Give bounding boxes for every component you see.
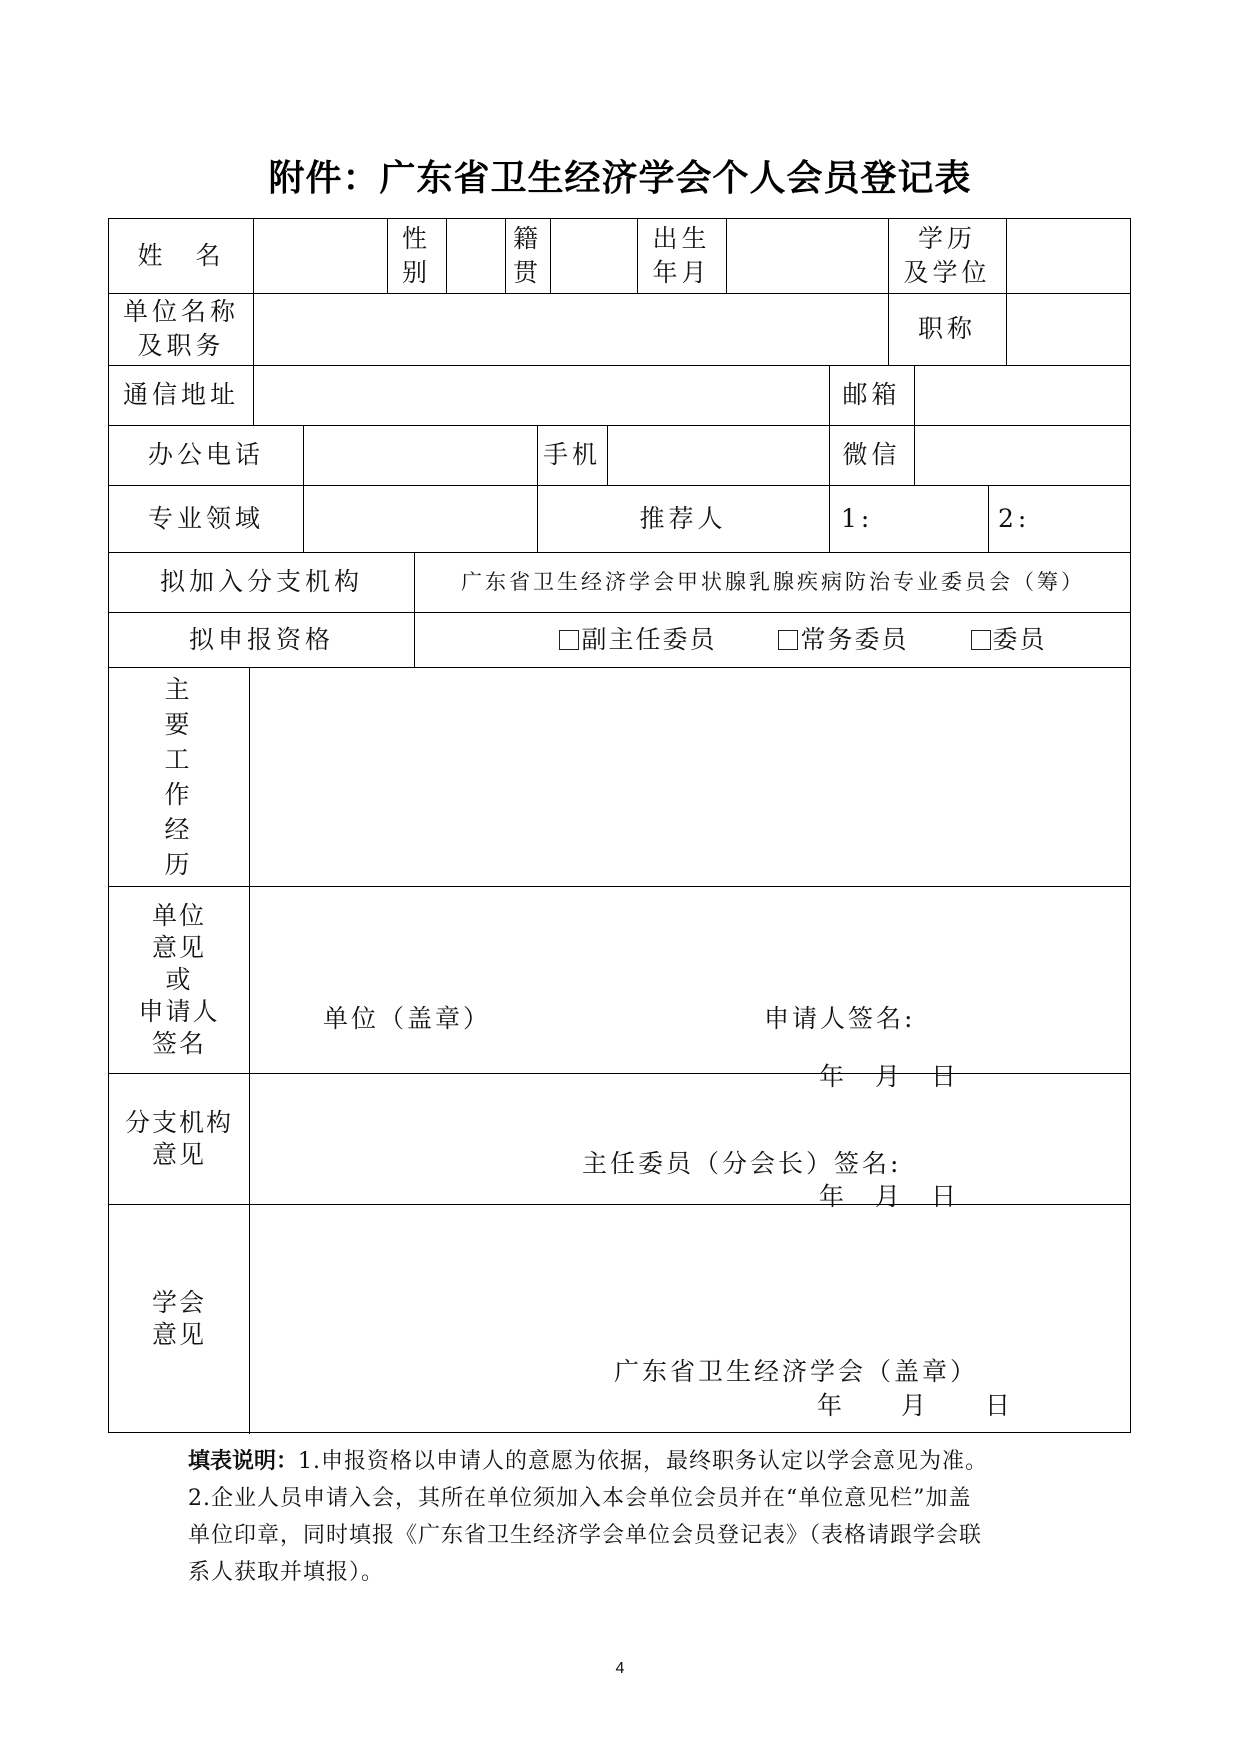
- mobile-label: 手机: [537, 425, 607, 485]
- experience-label-char: 工: [164, 742, 193, 777]
- referrer-label: 推荐人: [537, 485, 829, 552]
- experience-label: 主 要 工 作 经 历: [109, 667, 249, 886]
- organization-label-line: 单位名称: [123, 295, 239, 329]
- unit-opinion-label-line: 申请人: [138, 996, 219, 1028]
- unit-opinion-label-line: 签名: [152, 1028, 206, 1060]
- instruction-line-3: 单位印章，同时填报《广东省卫生经济学会单位会员登记表》（表格请跟学会联: [188, 1517, 1068, 1554]
- qualification-options: 副主任委员 常务委员 委员: [414, 612, 1132, 667]
- unit-opinion-label-line: 意见: [152, 932, 206, 964]
- checkbox-icon[interactable]: [559, 630, 579, 650]
- experience-label-char: 作: [164, 777, 193, 812]
- native-label-line: 贯: [513, 256, 542, 290]
- fill-instructions: 填表说明：1.申报资格以申请人的意愿为依据，最终职务认定以学会意见为准。 2.企…: [188, 1443, 1068, 1591]
- address-input[interactable]: [253, 365, 829, 425]
- option-vice-chair[interactable]: 副主任委员: [559, 623, 716, 657]
- native-place-label: 籍 贯: [505, 219, 550, 293]
- specialty-input[interactable]: [303, 485, 537, 552]
- referrer-1-input[interactable]: 1:: [829, 485, 988, 552]
- experience-label-char: 要: [164, 707, 193, 742]
- checkbox-icon[interactable]: [778, 630, 798, 650]
- checkbox-icon[interactable]: [971, 630, 991, 650]
- organization-label-line: 及职务: [137, 329, 224, 363]
- instructions-heading: 填表说明：: [188, 1449, 298, 1474]
- education-label: 学历 及学位: [888, 219, 1006, 293]
- birth-label-line: 出生: [652, 222, 710, 256]
- instruction-line-4: 系人获取并填报）。: [188, 1554, 1068, 1591]
- name-label: 姓 名: [109, 219, 253, 293]
- experience-label-char: 主: [164, 672, 193, 707]
- page-number: 4: [0, 1660, 1240, 1678]
- society-opinion-label: 学会 意见: [109, 1204, 249, 1434]
- unit-opinion-label-line: 或: [165, 964, 192, 996]
- instruction-text: 1.申报资格以申请人的意愿为依据，最终职务认定以学会意见为准。: [298, 1449, 988, 1474]
- society-stamp-text: 广东省卫生经济学会（盖章）: [614, 1352, 978, 1388]
- birth-label-line: 年月: [652, 256, 710, 290]
- organization-label: 单位名称 及职务: [109, 293, 253, 365]
- education-input[interactable]: [1006, 219, 1132, 293]
- option-label: 副主任委员: [581, 625, 716, 654]
- experience-label-char: 历: [164, 847, 193, 882]
- birth-date-input[interactable]: [726, 219, 888, 293]
- unit-stamp-text: 单位（盖章）: [323, 999, 491, 1035]
- organization-input[interactable]: [253, 293, 888, 365]
- qualification-label: 拟申报资格: [109, 612, 414, 667]
- professional-title-label: 职称: [888, 293, 1006, 365]
- option-label: 常务委员: [800, 625, 908, 654]
- registration-form-table: 姓 名 性 别 籍 贯 出生 年月 学历 及学位 单位名称 及职务 职称 通信地…: [108, 218, 1131, 1433]
- experience-label-char: 经: [164, 812, 193, 847]
- branch-value: 广东省卫生经济学会甲状腺乳腺疾病防治专业委员会（筹）: [414, 552, 1132, 612]
- option-label: 委员: [993, 625, 1047, 654]
- branch-opinion-label: 分支机构 意见: [109, 1073, 249, 1204]
- referrer-2-input[interactable]: 2:: [988, 485, 1132, 552]
- education-label-line: 及学位: [903, 256, 990, 290]
- email-label: 邮箱: [829, 365, 914, 425]
- society-opinion-date: 年 月 日: [817, 1386, 1013, 1422]
- page-title: 附件：广东省卫生经济学会个人会员登记表: [0, 150, 1240, 201]
- wechat-label: 微信: [829, 425, 914, 485]
- native-place-input[interactable]: [550, 219, 637, 293]
- gender-label: 性 别: [387, 219, 446, 293]
- instruction-line-1: 填表说明：1.申报资格以申请人的意愿为依据，最终职务认定以学会意见为准。: [188, 1443, 1068, 1480]
- unit-opinion-label-line: 单位: [152, 900, 206, 932]
- native-label-line: 籍: [513, 222, 542, 256]
- branch-opinion-area[interactable]: [249, 1073, 1132, 1204]
- office-phone-input[interactable]: [303, 425, 537, 485]
- specialty-label: 专业领域: [109, 485, 303, 552]
- option-member[interactable]: 委员: [971, 623, 1047, 657]
- office-phone-label: 办公电话: [109, 425, 303, 485]
- option-standing-member[interactable]: 常务委员: [778, 623, 908, 657]
- education-label-line: 学历: [918, 222, 976, 256]
- branch-opinion-label-line: 意见: [152, 1139, 206, 1171]
- birth-date-label: 出生 年月: [637, 219, 726, 293]
- gender-label-line: 性: [402, 222, 431, 256]
- email-input[interactable]: [914, 365, 1132, 425]
- mobile-input[interactable]: [607, 425, 829, 485]
- gender-input[interactable]: [446, 219, 505, 293]
- branch-opinion-label-line: 分支机构: [125, 1107, 233, 1139]
- chair-signature-label: 主任委员（分会长）签名:: [582, 1144, 901, 1180]
- society-opinion-label-line: 意见: [152, 1319, 206, 1351]
- instruction-line-2: 2.企业人员申请入会，其所在单位须加入本会单位会员并在“单位意见栏”加盖: [188, 1480, 1068, 1517]
- professional-title-input[interactable]: [1006, 293, 1132, 365]
- experience-input[interactable]: [249, 667, 1132, 886]
- address-label: 通信地址: [109, 365, 253, 425]
- branch-label: 拟加入分支机构: [109, 552, 414, 612]
- unit-opinion-area[interactable]: [249, 886, 1132, 1073]
- society-opinion-label-line: 学会: [152, 1287, 206, 1319]
- gender-label-line: 别: [402, 256, 431, 290]
- wechat-input[interactable]: [914, 425, 1132, 485]
- unit-opinion-label: 单位 意见 或 申请人 签名: [109, 886, 249, 1073]
- applicant-signature-label: 申请人签名:: [764, 999, 915, 1035]
- name-input[interactable]: [253, 219, 387, 293]
